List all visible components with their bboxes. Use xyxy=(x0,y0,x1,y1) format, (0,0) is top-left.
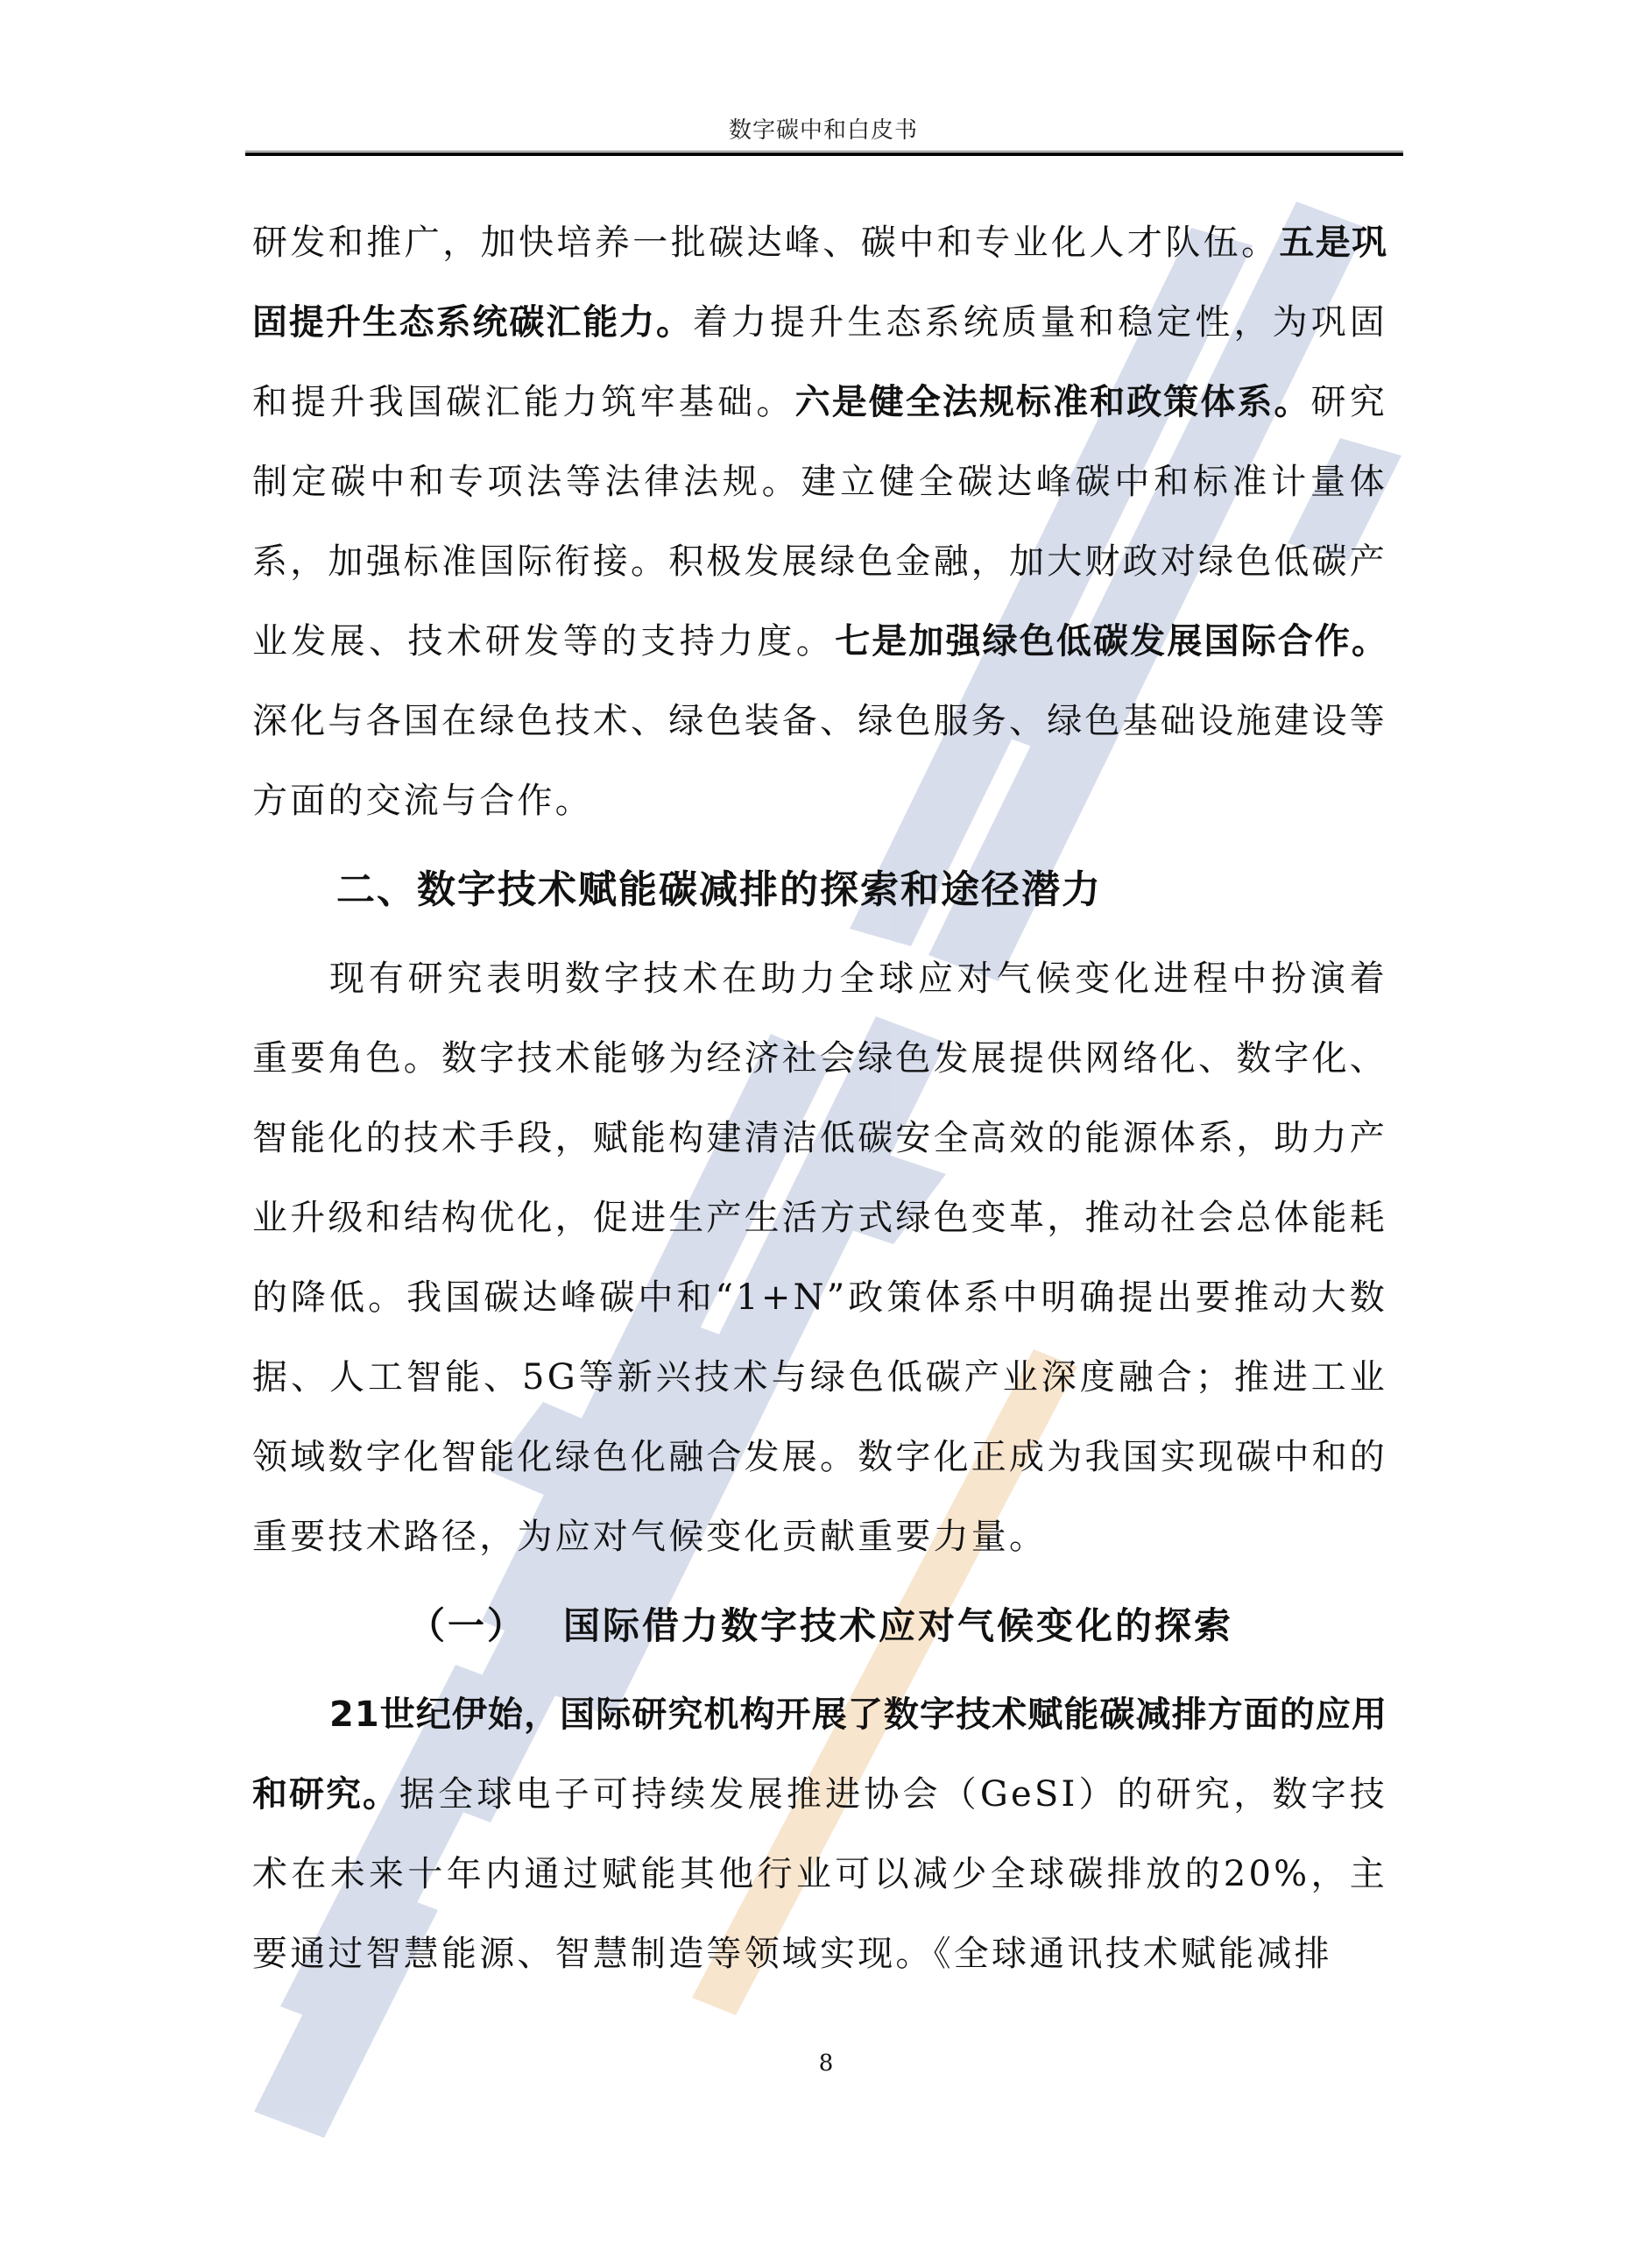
paragraph-international-research: 21世纪伊始，国际研究机构开展了数字技术赋能碳减排方面的应用和研究。据全球电子可… xyxy=(252,1675,1387,1994)
paragraph-digital-tech-role: 现有研究表明数字技术在助力全球应对气候变化进程中扮演着重要角色。数字技术能够为经… xyxy=(252,939,1387,1577)
bold-point-seven: 七是加强绿色低碳发展国际合作。 xyxy=(835,621,1387,662)
header-rule-thin xyxy=(245,151,1403,152)
paragraph-policy-measures: 研发和推广，加快培养一批碳达峰、碳中和专业化人才队伍。五是巩固提升生态系统碳汇能… xyxy=(252,203,1387,841)
bold-point-six: 六是健全法规标准和政策体系。 xyxy=(795,382,1311,422)
section-heading: 二、数字技术赋能碳减排的探索和途径潜力 xyxy=(252,841,1387,939)
subsection-number: （一） xyxy=(408,1604,526,1647)
header-rule xyxy=(245,152,1403,156)
running-header: 数字碳中和白皮书 xyxy=(245,112,1401,145)
subsection-heading: （一）国际借力数字技术应对气候变化的探索 xyxy=(252,1577,1387,1675)
page-body: 研发和推广，加快培养一批碳达峰、碳中和专业化人才队伍。五是巩固提升生态系统碳汇能… xyxy=(252,203,1387,1994)
page-number: 8 xyxy=(0,2050,1652,2077)
subsection-title: 国际借力数字技术应对气候变化的探索 xyxy=(563,1604,1233,1647)
